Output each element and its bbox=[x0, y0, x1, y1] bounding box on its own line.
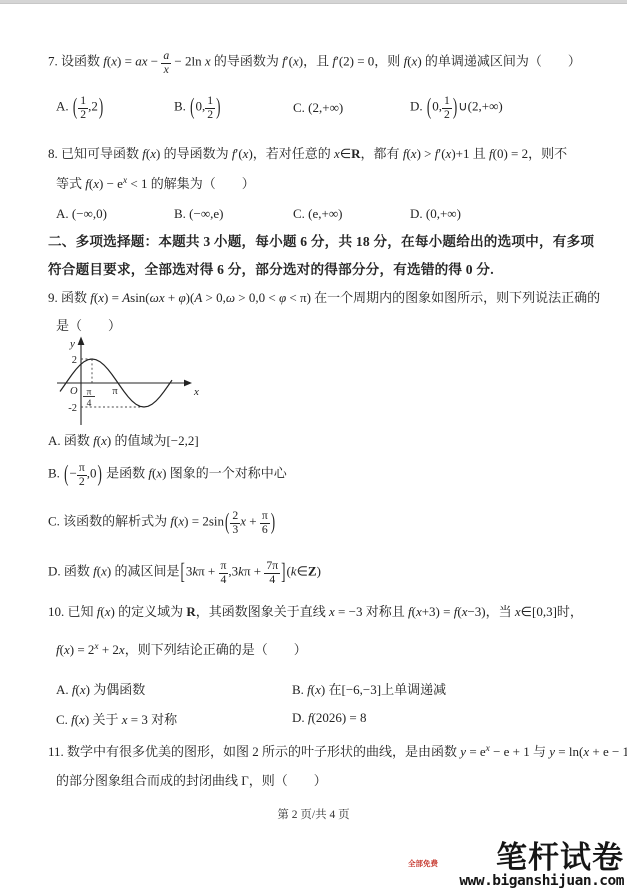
question-10-option-a: A. f(x) 为偶函数 bbox=[56, 679, 292, 698]
question-10-option-c: C. f(x) 关于 x = 3 对称 bbox=[56, 709, 292, 728]
question-9-stem-line-1: 9. 函数 f(x) = Asin(ωx + φ)(A > 0,ω > 0,0 … bbox=[48, 290, 600, 306]
question-9-option-a: A. 函数 f(x) 的值域为[−2,2] bbox=[48, 433, 199, 449]
question-9-option-d: D. 函数 f(x) 的减区间是[3kπ + π4,3kπ + 7π4](k∈Z… bbox=[48, 560, 321, 586]
question-11-stem-line-2: 的部分图象组合而成的封闭曲线 Γ，则（ ） bbox=[56, 773, 327, 789]
question-10-options-row-1: A. f(x) 为偶函数 B. f(x) 在[−6,−3]上单调递减 bbox=[56, 676, 446, 700]
axis-label-x: x bbox=[193, 386, 199, 398]
q9-sine-graph: y x O 2 -2 π π 4 bbox=[56, 335, 206, 431]
y-axis-arrow-icon bbox=[78, 337, 85, 346]
question-8-option-b: B. (−∞,e) bbox=[174, 206, 293, 222]
question-10-options-row-2: C. f(x) 关于 x = 3 对称 D. f(2026) = 8 bbox=[56, 706, 367, 730]
y-max-label: 2 bbox=[72, 355, 77, 366]
question-8-option-d: D. (0,+∞) bbox=[410, 206, 461, 222]
question-7-option-c: C. (2,+∞) bbox=[293, 100, 410, 116]
question-9-option-c: C. 该函数的解析式为 f(x) = 2sin(23x + π6) bbox=[48, 510, 276, 536]
exam-page: 7. 设函数 f(x) = ax − ax − 2ln x 的导函数为 f′(x… bbox=[0, 0, 627, 891]
question-7-option-b: B. (0,12) bbox=[174, 95, 293, 121]
origin-label: O bbox=[70, 386, 78, 397]
y-min-label: -2 bbox=[68, 403, 77, 414]
question-11-stem-line-1: 11. 数学中有很多优美的图形，如图 2 所示的叶子形状的曲线，是由函数 y =… bbox=[48, 744, 627, 760]
question-8-option-a: A. (−∞,0) bbox=[56, 206, 174, 222]
question-8-stem-line-1: 8. 已知可导函数 f(x) 的导函数为 f′(x)，若对任意的 x∈R，都有 … bbox=[48, 146, 567, 162]
question-7-stem: 7. 设函数 f(x) = ax − ax − 2ln x 的导函数为 f′(x… bbox=[48, 50, 581, 76]
section-2-header-line-2: 符合题目要求，全部选对得 6 分，部分选对的得部分分，有选错的得 0 分. bbox=[48, 262, 494, 279]
question-10-option-d: D. f(2026) = 8 bbox=[292, 710, 367, 726]
free-badge: 全部免费 bbox=[408, 858, 438, 869]
question-8-options: A. (−∞,0) B. (−∞,e) C. (e,+∞) D. (0,+∞) bbox=[56, 202, 461, 226]
page-number: 第 2 页/共 4 页 bbox=[0, 806, 627, 822]
question-8-option-c: C. (e,+∞) bbox=[293, 206, 410, 222]
pi-tick-label: π bbox=[112, 386, 118, 397]
question-10-option-b: B. f(x) 在[−6,−3]上单调递减 bbox=[292, 679, 446, 698]
question-9-option-b: B. (−π2,0) 是函数 f(x) 图象的一个对称中心 bbox=[48, 462, 287, 488]
page-top-border bbox=[0, 0, 627, 4]
brand-url: www.biganshijuan.com bbox=[402, 873, 624, 890]
pi-over-4-numerator: π bbox=[87, 388, 92, 398]
question-10-stem-line-1: 10. 已知 f(x) 的定义域为 R，其函数图象关于直线 x = −3 对称且… bbox=[48, 604, 583, 620]
biganshijuan-watermark: 全部免费 笔杆试卷 www.biganshijuan.com bbox=[402, 842, 624, 890]
x-axis-arrow-icon bbox=[184, 380, 192, 387]
pi-over-4-denominator: 4 bbox=[87, 399, 92, 409]
question-9-stem-line-2: 是（ ） bbox=[56, 318, 121, 334]
question-8-stem-line-2: 等式 f(x) − ex < 1 的解集为（ ） bbox=[56, 176, 255, 192]
axis-label-y: y bbox=[69, 338, 75, 350]
section-2-header-line-1: 二、多项选择题：本题共 3 小题，每小题 6 分，共 18 分，在每小题给出的选… bbox=[48, 234, 594, 251]
question-7-options: A. (12,2) B. (0,12) C. (2,+∞) D. (0,12)∪… bbox=[56, 86, 503, 130]
question-10-stem-line-2: f(x) = 2x + 2x，则下列结论正确的是（ ） bbox=[56, 642, 307, 658]
question-7-option-d: D. (0,12)∪(2,+∞) bbox=[410, 95, 503, 121]
question-7-option-a: A. (12,2) bbox=[56, 95, 174, 121]
